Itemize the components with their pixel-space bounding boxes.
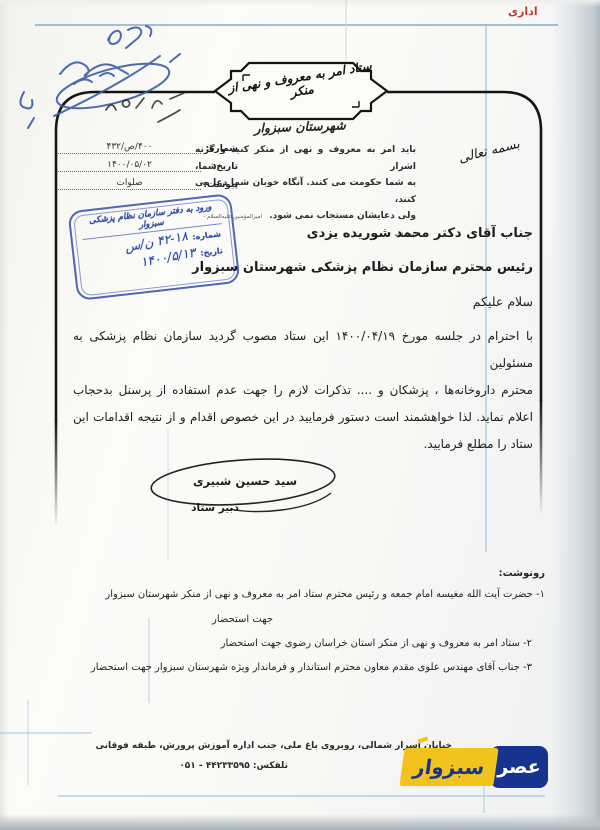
office-entry-stamp: ورود به دفتر سازمان نظام پزشکی سبزوار شم… — [67, 193, 240, 301]
cc-label: رونوشت: — [55, 566, 545, 581]
classification-label: اداری — [508, 5, 538, 18]
signer-name: سید حسین شبیری — [180, 474, 310, 488]
body-line: با احترام در جلسه مورخ ۱۴۰۰/۰۴/۱۹ این ست… — [73, 323, 533, 377]
attachment-label: پیوست: — [201, 180, 238, 190]
logo-word-sabzevar: سبزوار — [399, 748, 498, 786]
body-line: محترم داروخانه‌ها ، پزشکان و .... تذکرات… — [73, 377, 533, 404]
cc-section: رونوشت: ۱- حضرت آیت الله مغیسه امام جمعه… — [55, 566, 545, 675]
number-value: ۴۳۲/ص/۴۰۰ — [58, 142, 201, 154]
body-line: اعلام نماید. لذا خواهشمند است دستور فرما… — [73, 404, 533, 431]
body-line: ستاد را مطلع فرمایید. — [73, 431, 533, 458]
footer-address: خیابان اسرار شمالی، روبروی باغ ملی، جنب … — [95, 741, 452, 751]
handwritten-annotation — [8, 18, 243, 143]
cc-item-continuation: جهت استحضار — [55, 612, 273, 627]
date-value: ۱۴۰۰/۰۵/۰۲ — [58, 160, 201, 172]
letter-body: با احترام در جلسه مورخ ۱۴۰۰/۰۴/۱۹ این ست… — [73, 323, 533, 458]
attachment-value: صلوات — [58, 178, 201, 190]
cc-item: ۱- حضرت آیت الله مغیسه امام جمعه و رئیس … — [55, 587, 545, 602]
signer-title: دبیر ستاد — [170, 502, 260, 514]
meta-date-row: تاریخ: ۱۴۰۰/۰۵/۰۲ — [58, 154, 238, 172]
stamp-number-label: شماره: — [192, 229, 222, 241]
footer-telefax: تلفکس: ۴۴۲۳۳۵۹۵ - ۰۵۱ — [179, 761, 288, 771]
date-label: تاریخ: — [201, 162, 238, 172]
scanned-letter-page: اداری ستاد امر به معروف و نهی از منکر شه… — [0, 0, 600, 830]
recipient-title: رئیس محترم سازمان نظام پزشکی شهرستان سبز… — [192, 260, 533, 275]
cc-item: ۲- ستاد امر به معروف و نهی از منکر استان… — [55, 636, 545, 651]
stamp-date-label: تاریخ: — [200, 246, 223, 257]
cc-item: ۳- جناب آقای مهندس علوی مقدم معاون محترم… — [55, 660, 545, 675]
meta-attachment-row: پیوست: صلوات — [58, 172, 238, 190]
salutation: سلام علیکم — [473, 294, 533, 309]
recipient-name: جناب آقای دکتر محمد شوریده یزدی — [307, 226, 533, 241]
letter-meta-fields: شماره: ۴۳۲/ص/۴۰۰ تاریخ: ۱۴۰۰/۰۵/۰۲ پیوست… — [58, 136, 238, 190]
logo-word-asr: عصر — [490, 746, 548, 788]
scan-edge-bottom — [0, 814, 600, 830]
number-label: شماره: — [201, 144, 238, 154]
asre-sabzevar-logo: سبزوار عصر — [402, 746, 548, 788]
